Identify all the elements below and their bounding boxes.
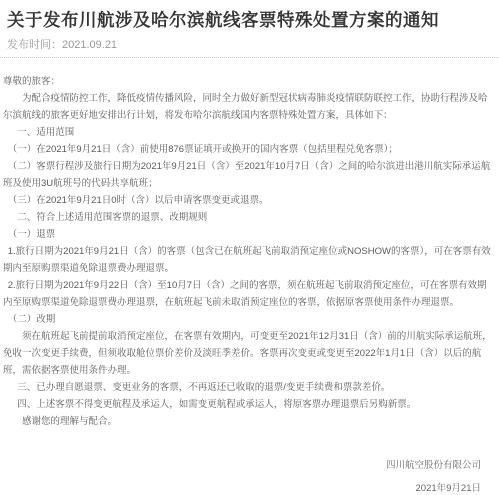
signature-company: 四川航空股份有限公司 bbox=[3, 454, 481, 477]
refund-subheading: （一）退票 bbox=[3, 226, 494, 243]
signature-date: 2021年9月21日 bbox=[3, 477, 481, 495]
section-1-item-2: （二）客票行程涉及旅行日期为2021年9月21日（含）至2021年10月7日（含… bbox=[3, 158, 494, 192]
notice-body: 尊敬的旅客： 为配合疫情防控工作，降低疫情传播风险，同时全力做好新型冠状病毒肺炎… bbox=[0, 58, 499, 495]
publish-time-value: 2021.09.21 bbox=[62, 39, 117, 51]
signature-block: 四川航空股份有限公司 2021年9月21日 bbox=[3, 454, 494, 495]
section-1-item-3: （三）在2021年9月21日0时（含）以后申请客票变更或退票。 bbox=[3, 192, 494, 209]
intro-paragraph: 为配合疫情防控工作，降低疫情传播风险，同时全力做好新型冠状病毒肺炎疫情联防联控工… bbox=[3, 90, 494, 124]
greeting-line: 尊敬的旅客： bbox=[3, 73, 494, 90]
section-2-heading: 二、符合上述适用范围客票的退票、改期规则 bbox=[3, 209, 494, 226]
section-4-paragraph: 四、上述客票不得变更航程及承运人，如需变更航程或承运人，将原客票办理退票后另购新… bbox=[3, 396, 494, 413]
section-3-paragraph: 三、已办理自愿退票、变更业务的客票，不再返还已收取的退票/变更手续费和票款差价。 bbox=[3, 379, 494, 396]
rebook-subheading: （二）改期 bbox=[3, 311, 494, 328]
rebook-rule: 须在航班起飞前提前取消预定座位，在客票有效期内，可变更至2021年12月31日（… bbox=[3, 328, 494, 379]
section-1-heading: 一、适用范围 bbox=[3, 124, 494, 141]
closing-line: 感谢您的理解与配合。 bbox=[3, 413, 494, 430]
page-title: 关于发布川航涉及哈尔滨航线客票特殊处置方案的通知 bbox=[0, 0, 499, 31]
notice-page: 关于发布川航涉及哈尔滨航线客票特殊处置方案的通知 发布时间：2021.09.21… bbox=[0, 0, 499, 495]
publish-time-row: 发布时间：2021.09.21 bbox=[0, 31, 499, 51]
refund-rule-2: 2.旅行日期为2021年9月22日（含）至10月7日（含）之间的客票，须在航班起… bbox=[3, 277, 494, 311]
section-1-item-1: （一）在2021年9月21日（含）前使用876票证填开或换开的国内客票（包括里程… bbox=[3, 141, 494, 158]
publish-time-label: 发布时间： bbox=[7, 39, 62, 51]
refund-rule-1: 1.旅行日期为2021年9月21日（含）的客票（包含已在航班起飞前取消预定座位或… bbox=[3, 243, 494, 277]
